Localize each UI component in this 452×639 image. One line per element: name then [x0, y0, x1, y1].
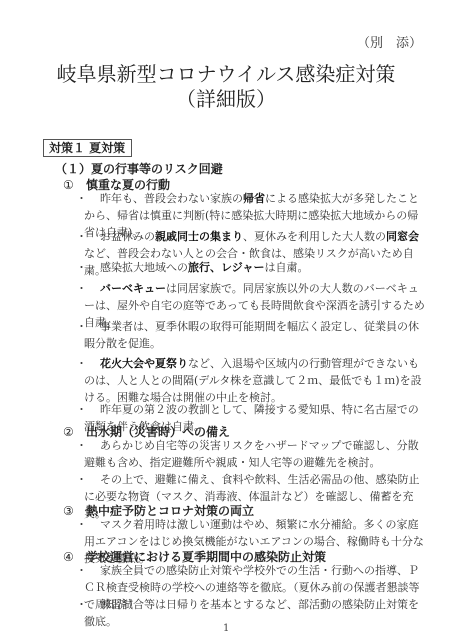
list-item: ・あらかじめ自宅等の災害リスクをハザードマップで確認し、分散避難も含め、指定避難…: [76, 437, 428, 471]
section-heading: （１）夏の行事等のリスク回避: [55, 160, 223, 177]
bullet-mark: ・: [76, 318, 87, 335]
bullet-mark: ・: [76, 355, 87, 372]
title-subtitle: （詳細版）: [0, 87, 452, 112]
list-item-text: 花火大会や夏祭りなど、入退場や区域内の行動管理ができないものは、人と人との間隔(…: [76, 355, 428, 406]
list-item: ・感染拡大地域への旅行、レジャーは自粛。: [76, 259, 428, 276]
list-item: ・事業者は、夏季休暇の取得可能期間を幅広く設定し、従業員の休暇分散を促進。: [76, 318, 428, 352]
emphasis-text: 同窓会: [386, 230, 419, 243]
emphasis-text: 花火大会や夏祭り: [100, 357, 188, 370]
bullet-mark: ・: [76, 401, 87, 418]
title-main: 岐阜県新型コロナウイルス感染症対策: [57, 62, 396, 86]
emphasis-text: 旅行、レジャー: [188, 261, 265, 274]
bullet-mark: ・: [76, 280, 87, 297]
page-number: 1: [223, 623, 229, 634]
bullet-mark: ・: [76, 562, 87, 579]
bullet-mark: ・: [76, 259, 87, 276]
bullet-mark: ・: [76, 437, 87, 454]
bullet-mark: ・: [76, 228, 87, 245]
annex-label: （別 添）: [357, 32, 422, 51]
emphasis-text: 帰省: [243, 192, 265, 205]
emphasis-text: 親戚同士の集まり: [155, 230, 243, 243]
emphasis-text: バーベキュー: [100, 282, 166, 295]
measure-heading-box: 対策１ 夏対策: [43, 139, 132, 157]
list-item-text: 感染拡大地域への旅行、レジャーは自粛。: [76, 259, 428, 276]
list-item: ・花火大会や夏祭りなど、入退場や区域内の行動管理ができないものは、人と人との間隔…: [76, 355, 428, 406]
list-item-text: 練習試合等は日帰りを基本とするなど、部活動の感染防止対策を徹底。: [76, 596, 428, 630]
list-item-text: 事業者は、夏季休暇の取得可能期間を幅広く設定し、従業員の休暇分散を促進。: [76, 318, 428, 352]
bullet-mark: ・: [76, 596, 87, 613]
list-item-text: あらかじめ自宅等の災害リスクをハザードマップで確認し、分散避難も含め、指定避難所…: [76, 437, 428, 471]
list-item: ・練習試合等は日帰りを基本とするなど、部活動の感染防止対策を徹底。: [76, 596, 428, 630]
page-title: 岐阜県新型コロナウイルス感染症対策 （詳細版）: [0, 62, 452, 112]
bullet-mark: ・: [76, 516, 87, 533]
bullet-mark: ・: [76, 471, 87, 488]
bullet-mark: ・: [76, 190, 87, 207]
